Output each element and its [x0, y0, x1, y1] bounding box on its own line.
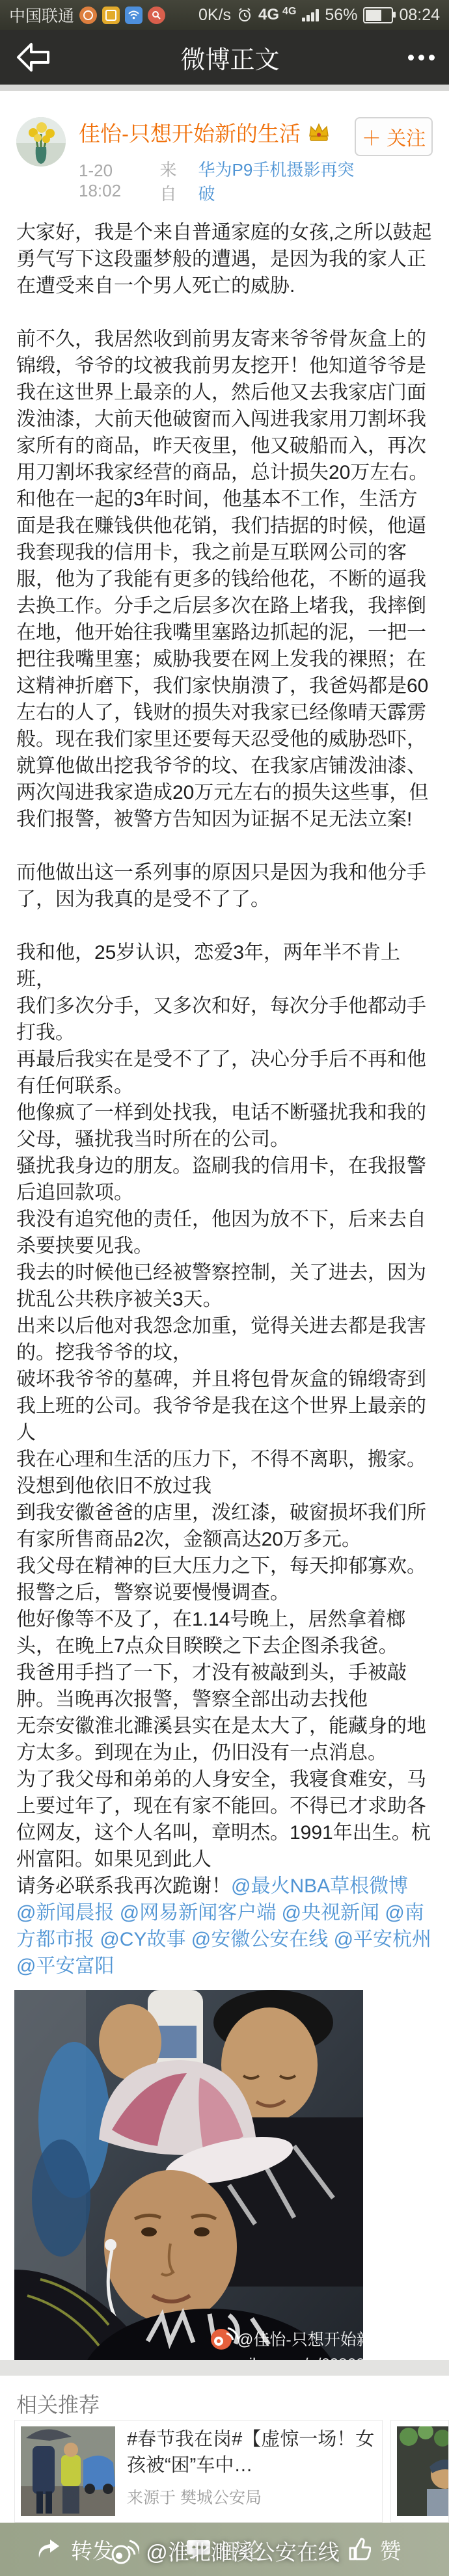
- page-title: 微博正文: [52, 40, 408, 75]
- paragraph-text: 我和他，25岁认识，恋爱3年，两年半不肯上班， 我们多次分手，又多次和好，每次分…: [16, 942, 431, 1897]
- divider: [0, 85, 449, 91]
- paragraph: 大家好，我是个来自普通家庭的女孩,之所以鼓起勇气写下这段噩梦般的遭遇，是因为我的…: [16, 219, 433, 299]
- post-photo[interactable]: @佳怡-只想开始新的生活 weibo.com/u/6086627019: [14, 1990, 363, 2378]
- thumb-up-icon: [347, 2538, 371, 2561]
- avatar[interactable]: [16, 117, 66, 167]
- related-card-partial[interactable]: [390, 2420, 449, 2523]
- source-link[interactable]: 华为P9手机摄影再突破: [198, 157, 355, 205]
- more-dots-icon[interactable]: [408, 55, 435, 60]
- alarm-icon: [237, 7, 252, 23]
- related-card-thumbnail: [21, 2426, 115, 2516]
- post-date: 1-20 18:02: [79, 161, 152, 201]
- nav-bar: 微博正文: [0, 30, 449, 85]
- network-4g-secondary-label: 4G: [282, 6, 296, 18]
- author-name[interactable]: 佳怡-只想开始新的生活: [79, 117, 301, 148]
- repost-button[interactable]: 转发: [0, 2534, 150, 2565]
- profile-icon: [79, 7, 97, 24]
- bottom-action-bar: 转发 评论 赞: [0, 2523, 449, 2576]
- vip-crown-icon: [307, 122, 331, 144]
- photo-watermark-name: @佳怡-只想开始新的生活: [237, 2331, 363, 2349]
- like-button[interactable]: 赞: [299, 2534, 449, 2565]
- paragraph: 我和他，25岁认识，恋爱3年，两年半不肯上班， 我们多次分手，又多次和好，每次分…: [16, 939, 433, 1979]
- back-arrow-icon[interactable]: [14, 38, 52, 77]
- network-4g-label: 4G: [258, 6, 279, 24]
- related-card[interactable]: #春节我在岗#【虚惊一场！女孩被“困”车中… 来源于 樊城公安局: [14, 2420, 383, 2523]
- post-header: 佳怡-只想开始新的生活 1-20 18:02 来自 华为P9手机摄影再突破 ＋ …: [0, 91, 449, 210]
- battery-percent-label: 56%: [325, 6, 357, 25]
- related-card-title[interactable]: #春节我在岗#【虚惊一场！女孩被“困”车中…: [127, 2426, 376, 2478]
- search-blocked-icon: [148, 7, 165, 24]
- paragraph: 前不久，我居然收到前男友寄来爷爷骨灰盒上的锦缎，爷爷的坟被我前男友挖开！他知道爷…: [16, 326, 433, 833]
- signal-bars-icon: [302, 8, 319, 21]
- wifi-app-icon: [125, 7, 143, 24]
- carrier-label: 中国联通: [9, 3, 74, 27]
- related-card-source: 来源于 樊城公安局: [127, 2485, 376, 2508]
- comment-button[interactable]: 评论: [150, 2534, 299, 2565]
- follow-button[interactable]: ＋ 关注: [355, 117, 433, 156]
- comment-bubble-icon: [186, 2538, 211, 2561]
- source-prefix: 来自: [159, 157, 190, 205]
- post-body: 大家好，我是个来自普通家庭的女孩,之所以鼓起勇气写下这段噩梦般的遭遇，是因为我的…: [0, 210, 449, 1979]
- status-bar: 中国联通 0K/s 4G 4G 56% 08:24: [0, 0, 449, 30]
- battery-icon: [363, 7, 393, 23]
- clock-label: 08:24: [399, 6, 440, 25]
- net-speed-label: 0K/s: [198, 6, 231, 25]
- section-divider: [0, 2360, 449, 2376]
- related-heading: 相关推荐: [16, 2389, 449, 2419]
- related-card-partial-thumbnail: [397, 2426, 449, 2516]
- weibo-post-page: 中国联通 0K/s 4G 4G 56% 08:24: [0, 0, 449, 2576]
- repost-arrow-icon: [36, 2538, 62, 2560]
- paragraph: 而他做出这一系列事的原因只是因为我和他分手了，因为我真的是受不了了。: [16, 859, 433, 913]
- battery-app-icon: [102, 7, 120, 24]
